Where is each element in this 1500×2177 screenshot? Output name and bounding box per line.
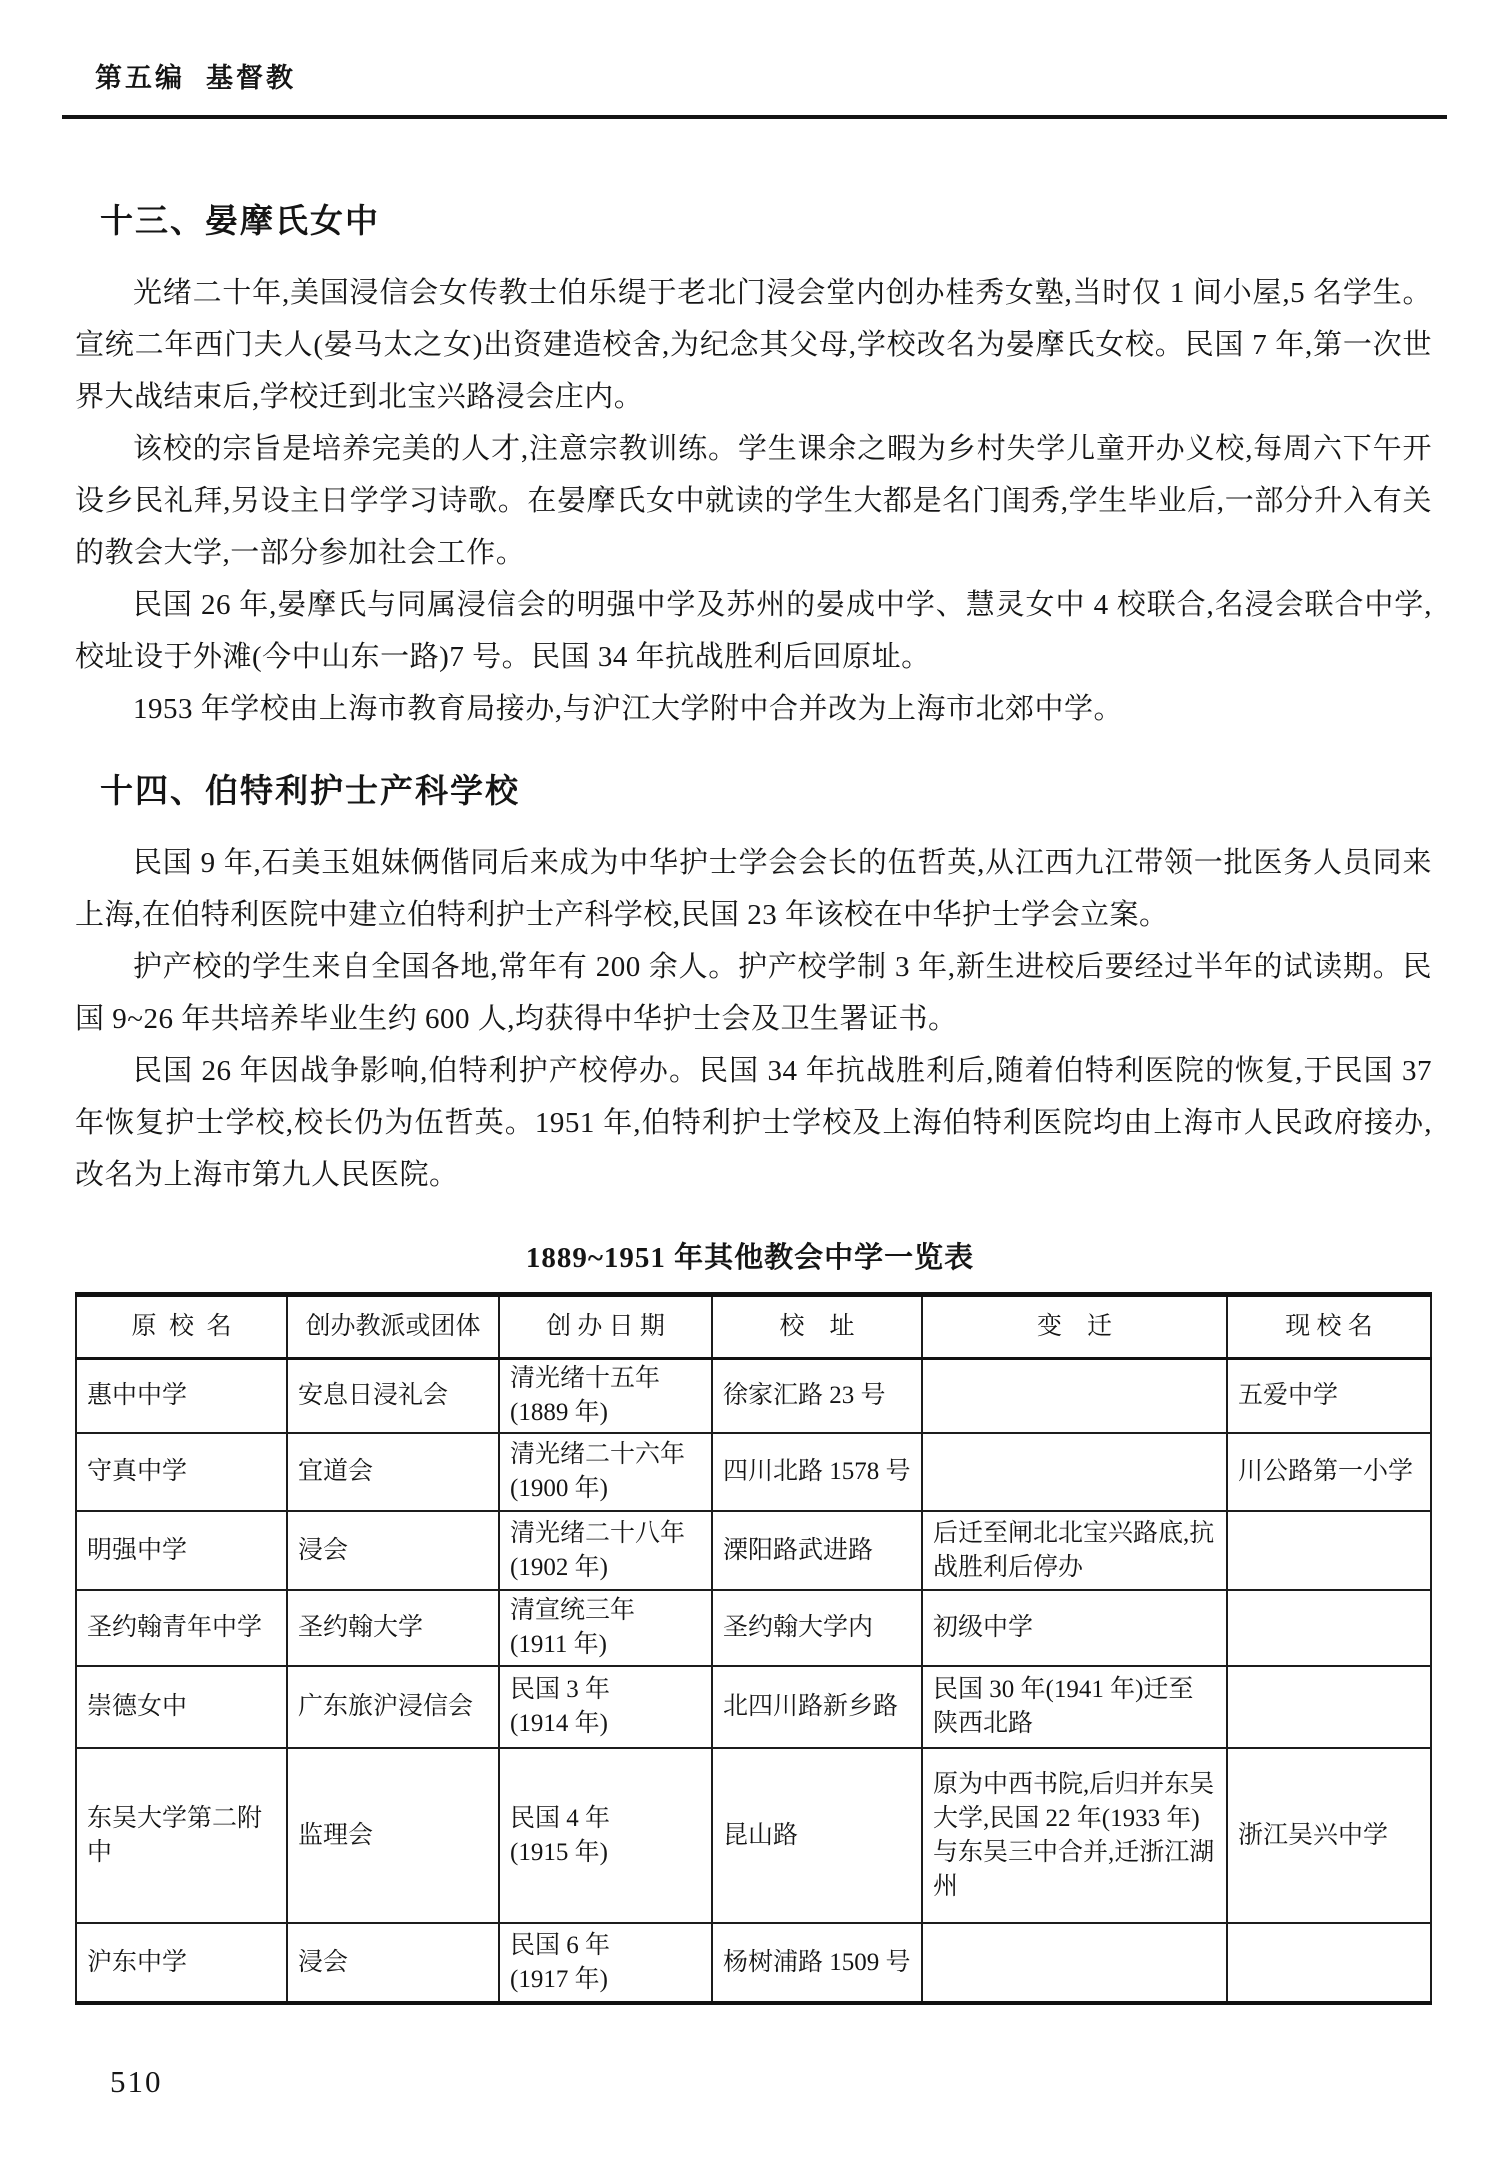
cell-founder: 宜道会: [287, 1433, 499, 1511]
page-number: 510: [110, 2064, 163, 2100]
cell-address: 北四川路新乡路: [712, 1666, 922, 1748]
cell-address: 徐家汇路 23 号: [712, 1359, 922, 1434]
section-14-heading: 十四、伯特利护士产科学校: [100, 769, 1500, 813]
cell-original-name: 沪东中学: [76, 1923, 287, 2003]
cell-address: 昆山路: [712, 1748, 922, 1923]
cell-current-name: 五爱中学: [1227, 1359, 1431, 1434]
cell-original-name: 东吴大学第二附中: [76, 1748, 287, 1923]
table-row: 崇德女中 广东旅沪浸信会 民国 3 年 (1914 年) 北四川路新乡路 民国 …: [76, 1666, 1431, 1748]
cell-changes: 原为中西书院,后归并东吴大学,民国 22 年(1933 年)与东吴三中合并,迁浙…: [922, 1748, 1227, 1923]
cell-founder: 浸会: [287, 1923, 499, 2003]
cell-founding-date: 民国 3 年 (1914 年): [499, 1666, 712, 1748]
cell-current-name: [1227, 1511, 1431, 1590]
column-header-founder: 创办教派或团体: [287, 1295, 499, 1359]
cell-founding-date: 清宣统三年 (1911 年): [499, 1590, 712, 1666]
cell-original-name: 惠中中学: [76, 1359, 287, 1434]
table-row: 圣约翰青年中学 圣约翰大学 清宣统三年 (1911 年) 圣约翰大学内 初级中学: [76, 1590, 1431, 1666]
cell-changes: [922, 1433, 1227, 1511]
paragraph: 该校的宗旨是培养完美的人才,注意宗教训练。学生课余之暇为乡村失学儿童开办义校,每…: [75, 423, 1432, 579]
cell-current-name: [1227, 1590, 1431, 1666]
cell-changes: 后迁至闸北北宝兴路底,抗战胜利后停办: [922, 1511, 1227, 1590]
table-row: 守真中学 宜道会 清光绪二十六年 (1900 年) 四川北路 1578 号 川公…: [76, 1433, 1431, 1511]
header-rule: [62, 115, 1447, 119]
section-14-body: 民国 9 年,石美玉姐妹俩偕同后来成为中华护士学会会长的伍哲英,从江西九江带领一…: [75, 837, 1432, 1201]
cell-founding-date: 民国 4 年 (1915 年): [499, 1748, 712, 1923]
cell-address: 圣约翰大学内: [712, 1590, 922, 1666]
cell-current-name: [1227, 1666, 1431, 1748]
cell-original-name: 圣约翰青年中学: [76, 1590, 287, 1666]
cell-founder: 安息日浸礼会: [287, 1359, 499, 1434]
cell-changes: [922, 1359, 1227, 1434]
table-header-row: 原 校 名 创办教派或团体 创 办 日 期 校 址 变 迁 现 校 名: [76, 1295, 1431, 1359]
cell-founding-date: 清光绪十五年 (1889 年): [499, 1359, 712, 1434]
cell-founder: 浸会: [287, 1511, 499, 1590]
table-row: 东吴大学第二附中 监理会 民国 4 年 (1915 年) 昆山路 原为中西书院,…: [76, 1748, 1431, 1923]
table-row: 惠中中学 安息日浸礼会 清光绪十五年 (1889 年) 徐家汇路 23 号 五爱…: [76, 1359, 1431, 1434]
paragraph: 民国 26 年因战争影响,伯特利护产校停办。民国 34 年抗战胜利后,随着伯特利…: [75, 1045, 1432, 1201]
column-header-founding-date: 创 办 日 期: [499, 1295, 712, 1359]
section-13-body: 光绪二十年,美国浸信会女传教士伯乐缇于老北门浸会堂内创办桂秀女塾,当时仅 1 间…: [75, 267, 1432, 735]
table-row: 明强中学 浸会 清光绪二十八年 (1902 年) 溧阳路武进路 后迁至闸北北宝兴…: [76, 1511, 1431, 1590]
section-13-heading: 十三、晏摩氏女中: [100, 199, 1500, 243]
cell-address: 四川北路 1578 号: [712, 1433, 922, 1511]
running-header: 第五编 基督教: [0, 0, 1500, 95]
column-header-changes: 变 迁: [922, 1295, 1227, 1359]
book-page: 第五编 基督教 十三、晏摩氏女中 光绪二十年,美国浸信会女传教士伯乐缇于老北门浸…: [0, 0, 1500, 2177]
cell-current-name: 川公路第一小学: [1227, 1433, 1431, 1511]
cell-original-name: 守真中学: [76, 1433, 287, 1511]
cell-founding-date: 民国 6 年 (1917 年): [499, 1923, 712, 2003]
table-title: 1889~1951 年其他教会中学一览表: [0, 1235, 1500, 1276]
cell-current-name: [1227, 1923, 1431, 2003]
cell-founder: 圣约翰大学: [287, 1590, 499, 1666]
column-header-address: 校 址: [712, 1295, 922, 1359]
cell-founder: 监理会: [287, 1748, 499, 1923]
schools-table: 原 校 名 创办教派或团体 创 办 日 期 校 址 变 迁 现 校 名 惠中中学…: [75, 1292, 1432, 2005]
paragraph: 光绪二十年,美国浸信会女传教士伯乐缇于老北门浸会堂内创办桂秀女塾,当时仅 1 间…: [75, 267, 1432, 423]
paragraph: 民国 9 年,石美玉姐妹俩偕同后来成为中华护士学会会长的伍哲英,从江西九江带领一…: [75, 837, 1432, 941]
cell-address: 杨树浦路 1509 号: [712, 1923, 922, 2003]
cell-founding-date: 清光绪二十八年 (1902 年): [499, 1511, 712, 1590]
cell-founding-date: 清光绪二十六年 (1900 年): [499, 1433, 712, 1511]
cell-changes: 民国 30 年(1941 年)迁至陕西北路: [922, 1666, 1227, 1748]
cell-original-name: 崇德女中: [76, 1666, 287, 1748]
column-header-original-name: 原 校 名: [76, 1295, 287, 1359]
paragraph: 1953 年学校由上海市教育局接办,与沪江大学附中合并改为上海市北郊中学。: [75, 683, 1432, 735]
paragraph: 民国 26 年,晏摩氏与同属浸信会的明强中学及苏州的晏成中学、慧灵女中 4 校联…: [75, 579, 1432, 683]
cell-original-name: 明强中学: [76, 1511, 287, 1590]
cell-changes: [922, 1923, 1227, 2003]
cell-founder: 广东旅沪浸信会: [287, 1666, 499, 1748]
cell-address: 溧阳路武进路: [712, 1511, 922, 1590]
cell-changes: 初级中学: [922, 1590, 1227, 1666]
paragraph: 护产校的学生来自全国各地,常年有 200 余人。护产校学制 3 年,新生进校后要…: [75, 941, 1432, 1045]
cell-current-name: 浙江吴兴中学: [1227, 1748, 1431, 1923]
column-header-current-name: 现 校 名: [1227, 1295, 1431, 1359]
table-row: 沪东中学 浸会 民国 6 年 (1917 年) 杨树浦路 1509 号: [76, 1923, 1431, 2003]
